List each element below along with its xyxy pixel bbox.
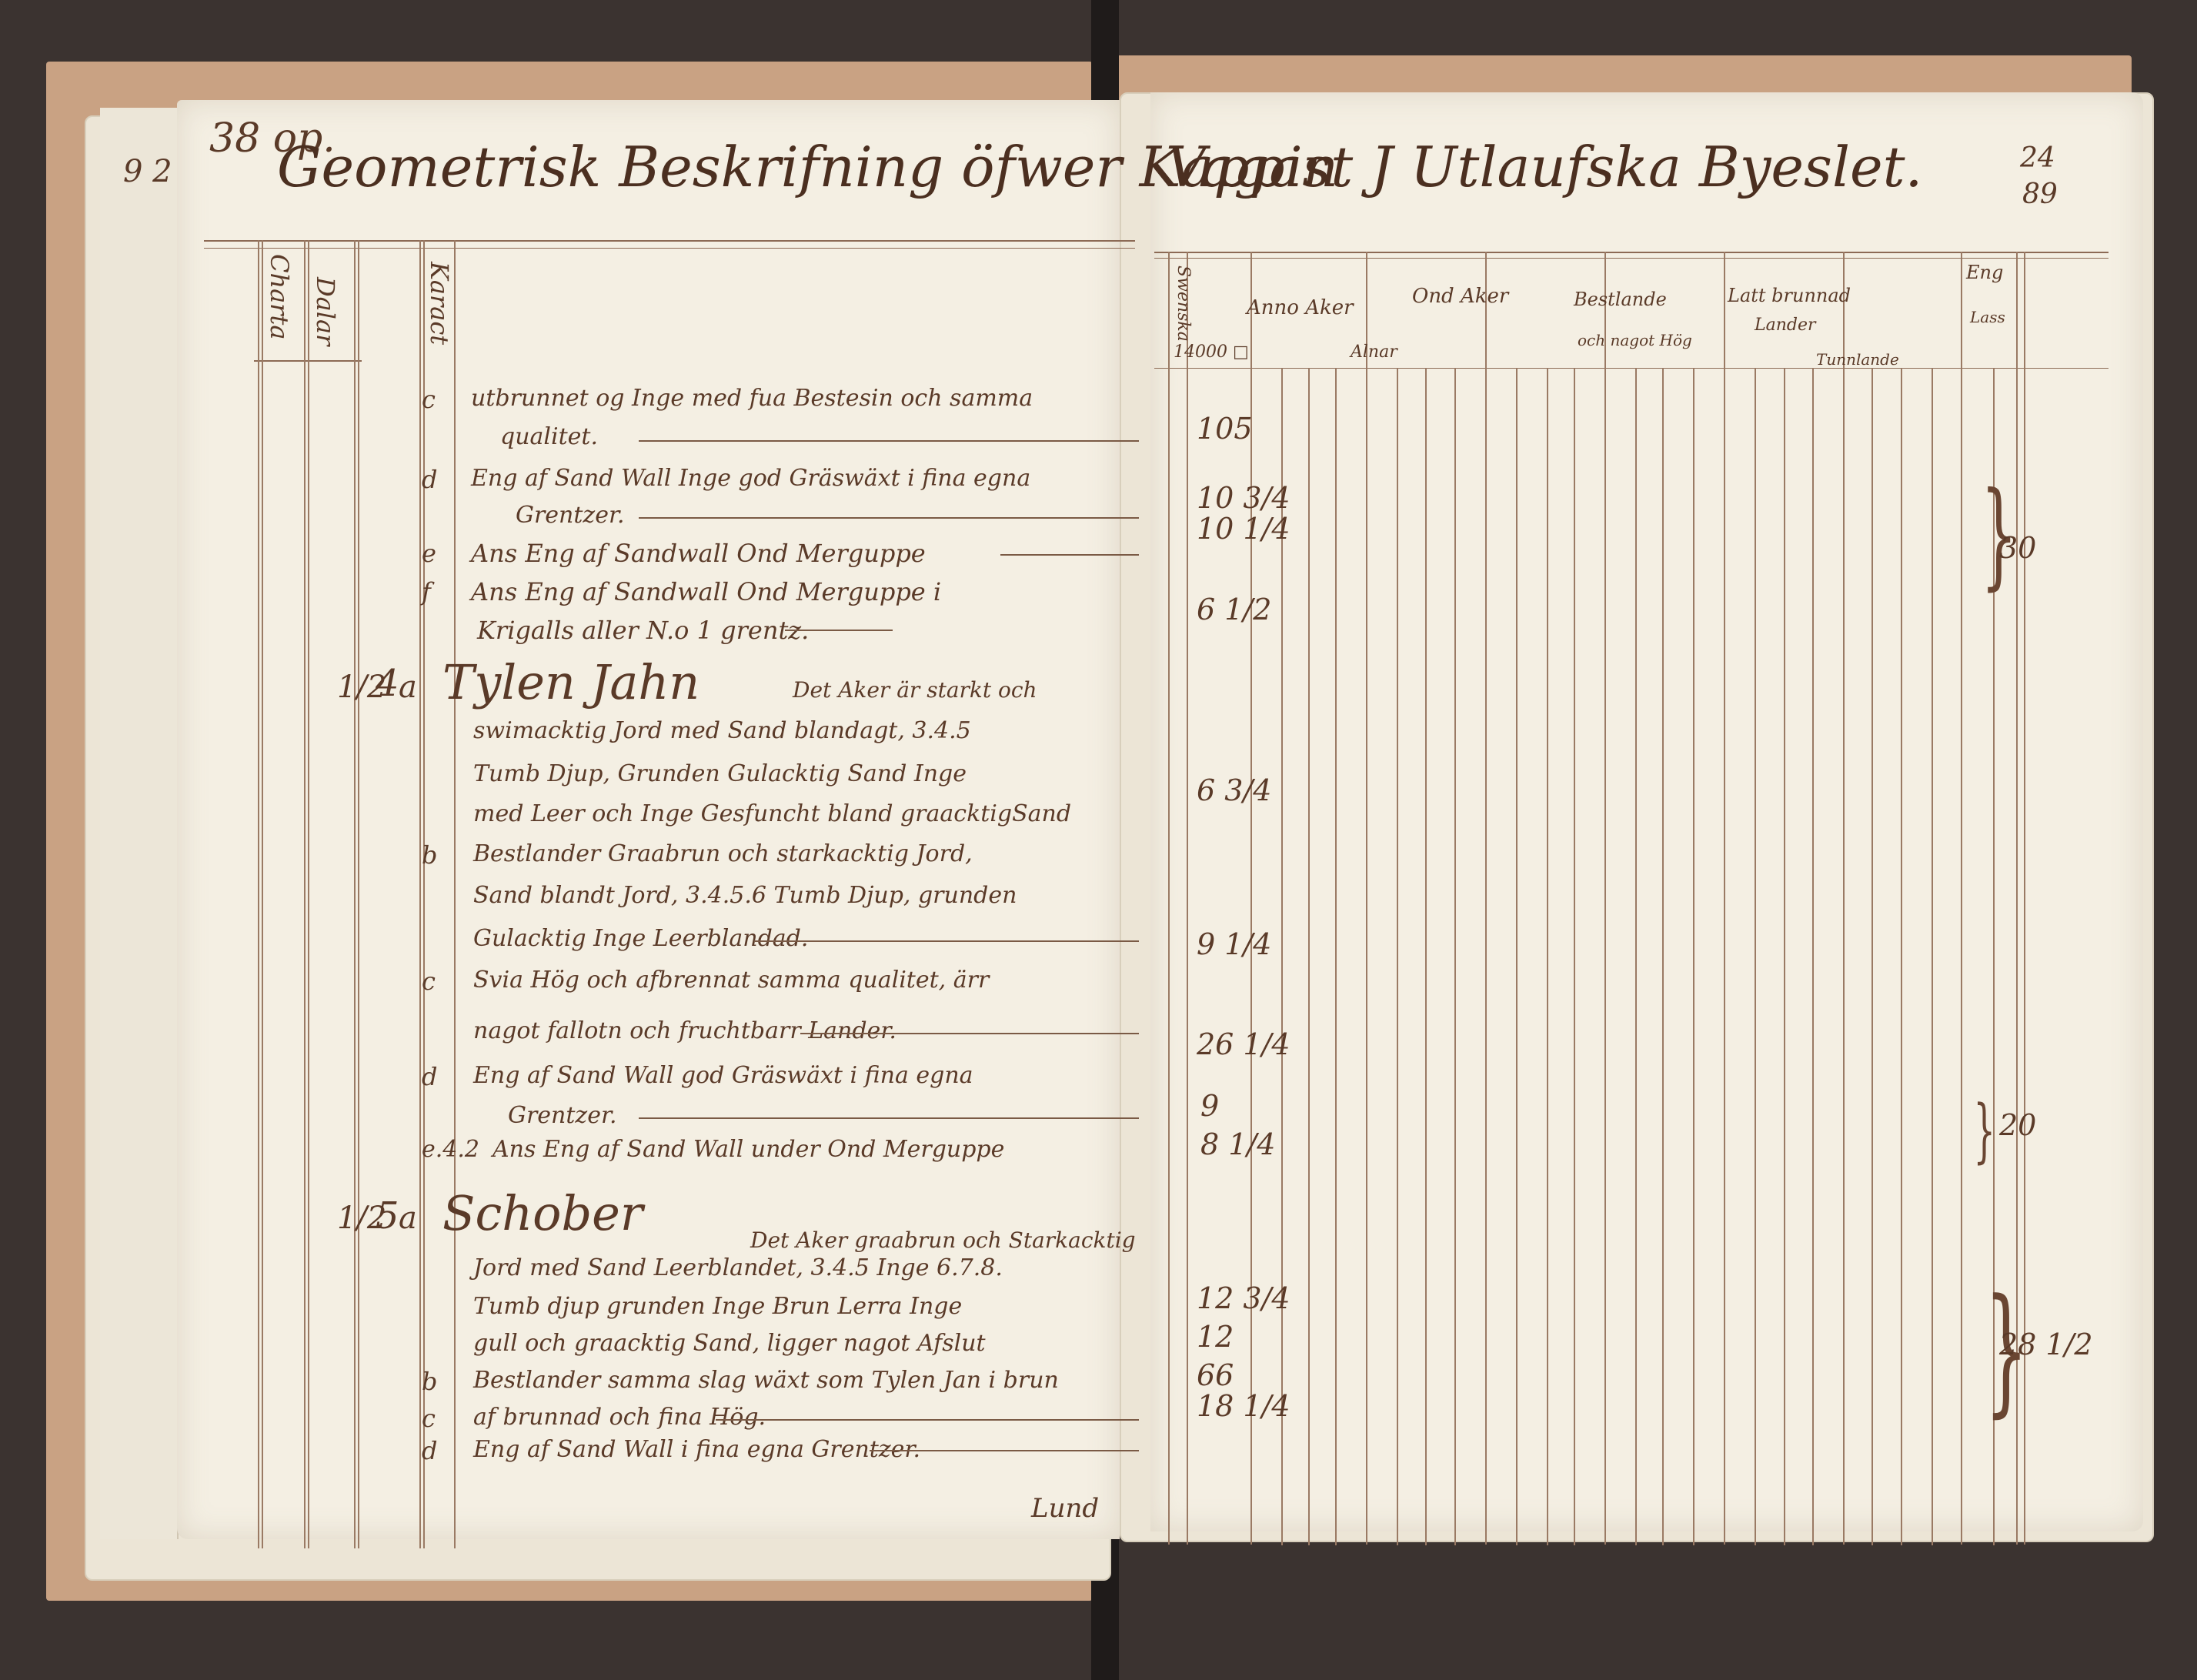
column-header-ond-aker: Ond Aker — [1412, 285, 1508, 308]
header-rule-top-2 — [204, 248, 1135, 249]
entry-continuation: Grentzer. — [516, 502, 625, 529]
column-divider — [1693, 368, 1694, 1545]
farm-name-tylen-jahn: Tylen Jahn — [442, 654, 700, 710]
column-divider — [1485, 252, 1487, 1545]
column-divider — [308, 240, 309, 1548]
column-divider — [1901, 368, 1902, 1545]
fill-line — [716, 1419, 1139, 1421]
column-divider — [419, 240, 421, 1548]
area-value: 26 1/4 — [1197, 1027, 1290, 1061]
column-divider — [1871, 368, 1873, 1545]
brace-icon: } — [1973, 1097, 1995, 1166]
hay-total: 20 — [1999, 1108, 2036, 1142]
column-subheader-lander: Lander — [1755, 316, 1816, 335]
entry-text: Ans Eng af Sandwall Ond Merguppe — [471, 539, 926, 568]
column-subheader-area-unit: 14000 □ — [1174, 342, 1249, 362]
area-value: 12 — [1197, 1320, 1234, 1354]
entry-text: Bestlander Graabrun och starkacktig Jord… — [473, 840, 973, 867]
column-header-dalar: Dalar — [311, 277, 340, 346]
hay-total: 28 1/2 — [1999, 1328, 2093, 1361]
entry-letter: f — [422, 577, 431, 606]
fill-line — [1000, 554, 1139, 556]
entry-text: Ans Eng af Sand Wall under Ond Merguppe — [492, 1136, 1004, 1163]
column-divider — [1425, 368, 1427, 1545]
entry-line: Grentzer. — [508, 1102, 617, 1129]
column-divider — [1397, 368, 1398, 1545]
area-value: 18 1/4 — [1197, 1389, 1290, 1423]
fill-line — [639, 517, 1139, 519]
pencil-page-number-right-bottom: 89 — [2022, 179, 2058, 210]
area-value: 10 1/4 — [1197, 512, 1290, 546]
area-value: 6 3/4 — [1197, 773, 1271, 807]
entry-letter: a — [399, 1201, 417, 1236]
area-value: 8 1/4 — [1200, 1127, 1275, 1161]
column-header-anno-aker: Anno Aker — [1247, 296, 1354, 319]
column-divider — [1187, 252, 1188, 1545]
entry-letter: c — [422, 967, 436, 996]
column-divider — [1755, 368, 1756, 1545]
header-rule-bottom — [1154, 368, 2109, 369]
area-value: 6 1/2 — [1197, 593, 1271, 626]
entry-text: Eng af Sand Wall god Gräswäxt i fina egn… — [473, 1062, 973, 1089]
entry-line: Jord med Sand Leerblandet, 3.4.5 Inge 6.… — [473, 1254, 1003, 1281]
fill-line — [754, 940, 1139, 942]
column-divider — [1932, 368, 1933, 1545]
area-value: 66 — [1197, 1358, 1234, 1392]
column-divider — [1724, 252, 1725, 1545]
column-divider — [1547, 368, 1548, 1545]
entry-line: Gulacktig Inge Leerblandad. — [473, 925, 808, 952]
underlying-page-edge — [100, 108, 179, 1539]
column-divider — [354, 240, 356, 1548]
entry-text: Svia Hög och afbrennat samma qualitet, ä… — [473, 967, 989, 994]
column-divider — [454, 240, 456, 1548]
column-divider — [1168, 252, 1170, 1545]
column-divider — [1635, 368, 1637, 1545]
column-divider — [304, 240, 306, 1548]
page-title-right: Vagast J Utlaufska Byeslet. — [1166, 135, 1922, 199]
entry-line: Sand blandt Jord, 3.4.5.6 Tumb Djup, gru… — [473, 882, 1017, 909]
entry-text: Det Aker är starkt och — [793, 677, 1037, 703]
header-rule-top — [1154, 252, 2109, 253]
area-value: 9 1/4 — [1197, 927, 1271, 961]
entry-letter: d — [422, 1062, 437, 1091]
column-divider — [1308, 368, 1310, 1545]
column-divider — [1961, 252, 1962, 1545]
area-value: 12 3/4 — [1197, 1281, 1290, 1315]
entry-text: Eng af Sand Wall Inge god Gräswäxt i fin… — [471, 465, 1030, 492]
column-divider — [358, 240, 359, 1548]
column-divider — [1574, 368, 1575, 1545]
entry-line: gull och graacktig Sand, ligger nagot Af… — [473, 1330, 986, 1357]
area-value: 10 3/4 — [1197, 481, 1290, 515]
entry-letter: e.4.2 — [422, 1136, 479, 1163]
column-divider — [1662, 368, 1664, 1545]
column-subheader-alnar: Alnar — [1351, 342, 1397, 362]
entry-letter: c — [422, 385, 436, 414]
fill-line — [870, 1450, 1139, 1451]
column-header-eng: Eng — [1966, 262, 2003, 283]
column-header-latt-brunnad: Latt brunnad — [1728, 285, 1851, 306]
area-value: 105 — [1197, 412, 1253, 446]
entry-letter: a — [399, 670, 417, 705]
fill-line — [639, 440, 1139, 442]
column-header-charta: Charta — [265, 254, 294, 339]
column-divider — [1454, 368, 1456, 1545]
entry-text: Det Aker graabrun och Starkacktig — [750, 1227, 1136, 1253]
entry-text: Ans Eng af Sandwall Ond Merguppe i — [471, 577, 941, 606]
column-divider — [1604, 252, 1606, 1545]
entry-line: Tumb Djup, Grunden Gulacktig Sand Inge — [473, 760, 967, 787]
column-divider — [1250, 252, 1252, 1545]
column-divider — [423, 240, 425, 1548]
entry-letter: b — [422, 1367, 437, 1396]
entry-letter: d — [422, 465, 437, 494]
column-divider — [1784, 368, 1785, 1545]
entry-text: af brunnad och fina Hög. — [473, 1404, 766, 1431]
column-divider — [258, 240, 259, 1548]
entry-text: Bestlander samma slag wäxt som Tylen Jan… — [473, 1367, 1059, 1394]
entry-letter: e — [422, 539, 436, 568]
entry-line: med Leer och Inge Gesfuncht bland graack… — [473, 800, 1071, 827]
column-divider — [1812, 368, 1814, 1545]
column-divider — [1516, 368, 1518, 1545]
column-divider — [1366, 252, 1367, 1545]
header-rule-top — [204, 240, 1135, 242]
entry-text: Eng af Sand Wall i fina egna Grentzer. — [473, 1436, 920, 1463]
entry-line: Tumb djup grunden Inge Brun Lerra Inge — [473, 1293, 962, 1320]
column-subheader-tunnlande: Tunnlande — [1816, 350, 1899, 369]
column-header-karact: Karact — [425, 262, 454, 345]
column-subheader-lass: Lass — [1970, 308, 2005, 326]
fill-line — [800, 1033, 1139, 1034]
entry-dalar: 4 — [376, 662, 399, 705]
pencil-folio-mark: 9 2 — [123, 154, 172, 189]
entry-letter: d — [422, 1436, 437, 1465]
column-header-bestlande: Bestlande — [1574, 289, 1667, 310]
farm-name-schober: Schober — [442, 1185, 643, 1241]
column-divider — [262, 240, 263, 1548]
hay-total: 30 — [1999, 531, 2036, 565]
entry-text: utbrunnet og Inge med fua Bestesin och s… — [471, 385, 1033, 412]
header-rule-top-2 — [1154, 258, 2109, 259]
entry-line: swimacktig Jord med Sand blandagt, 3.4.5 — [473, 717, 971, 744]
area-value: 9 — [1200, 1089, 1219, 1123]
entry-dalar: 5 — [376, 1194, 399, 1237]
pencil-page-number-right-top: 24 — [2020, 142, 2055, 174]
fill-line — [785, 630, 893, 631]
entry-letter: c — [422, 1404, 436, 1433]
entry-continuation: qualitet. — [500, 423, 598, 450]
column-divider — [1335, 368, 1337, 1545]
entry-line: nagot fallotn och fruchtbarr Lander. — [473, 1017, 896, 1044]
column-header-swenska: Swenska — [1174, 266, 1193, 342]
entry-letter: b — [422, 840, 437, 870]
signature: Lund — [1031, 1493, 1099, 1524]
fill-line — [639, 1117, 1139, 1119]
column-divider — [1843, 252, 1845, 1545]
entry-continuation: Krigalls aller N.o 1 grentz. — [477, 616, 809, 645]
column-subheader-nagot-hog: och nagot Hög — [1578, 331, 1692, 349]
